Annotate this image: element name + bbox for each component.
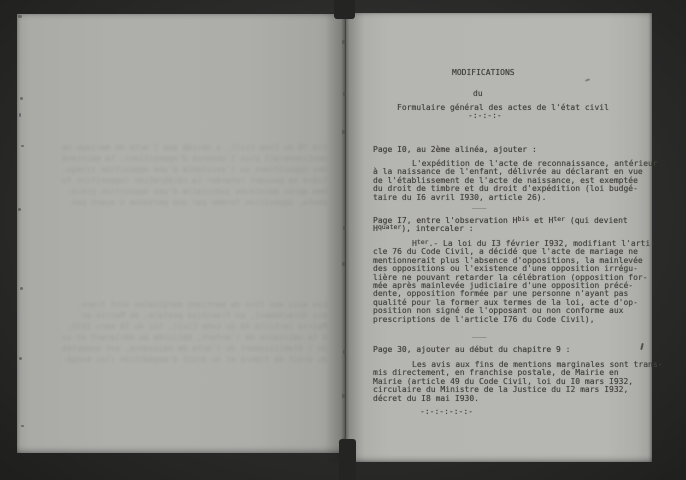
separator-dash: ___ [472,330,486,338]
document-subtitle: Formulaire général des actes de l'état c… [397,104,609,112]
section-heading-page30: Page 30, ajouter au début du chapitre 9 … [373,346,570,354]
gutter-notch-bottom [339,439,356,480]
gutter-notch-top [334,0,355,19]
document-title: MODIFICATIONS [452,69,515,77]
typed-text-layer: MODIFICATIONS du Formulaire général des … [0,0,686,480]
section-body-page30: Les avis aux fins de mentions marginales… [373,361,662,403]
ink-smudge [585,78,590,82]
document-subtitle-connector: du [473,90,483,98]
section-body-page10: L'expédition de l'acte de reconnaissance… [373,160,658,202]
heading-line: Hquater), intercaler : [373,225,628,233]
superscript: ter [553,215,565,223]
paragraph-line: prescriptions de l'article I76 du Code C… [373,316,655,324]
ink-stroke [640,343,644,350]
end-separator: -:-:-:-:-:- [420,408,473,416]
superscript: quater [378,223,401,231]
superscript: bis [518,215,530,223]
section-body-page17: Hter.- La loi du I3 février I932, modifi… [373,240,655,324]
superscript: ter [417,238,429,246]
paragraph-line: taire du I6 avril I930, article 26). [373,194,658,202]
paragraph-line: décret du I8 mai I930. [373,395,662,403]
title-separator: -:-:-:- [468,112,502,120]
section-heading-page10: Page I0, au 2ème alinéa, ajouter : [373,146,537,154]
scanned-book-spread: cle 76 du Code Civil, a décidé que l'act… [0,0,686,480]
separator-dash: ___ [472,201,486,209]
section-heading-page17: Page I7, entre l'observation Hbis et Hte… [373,217,628,234]
